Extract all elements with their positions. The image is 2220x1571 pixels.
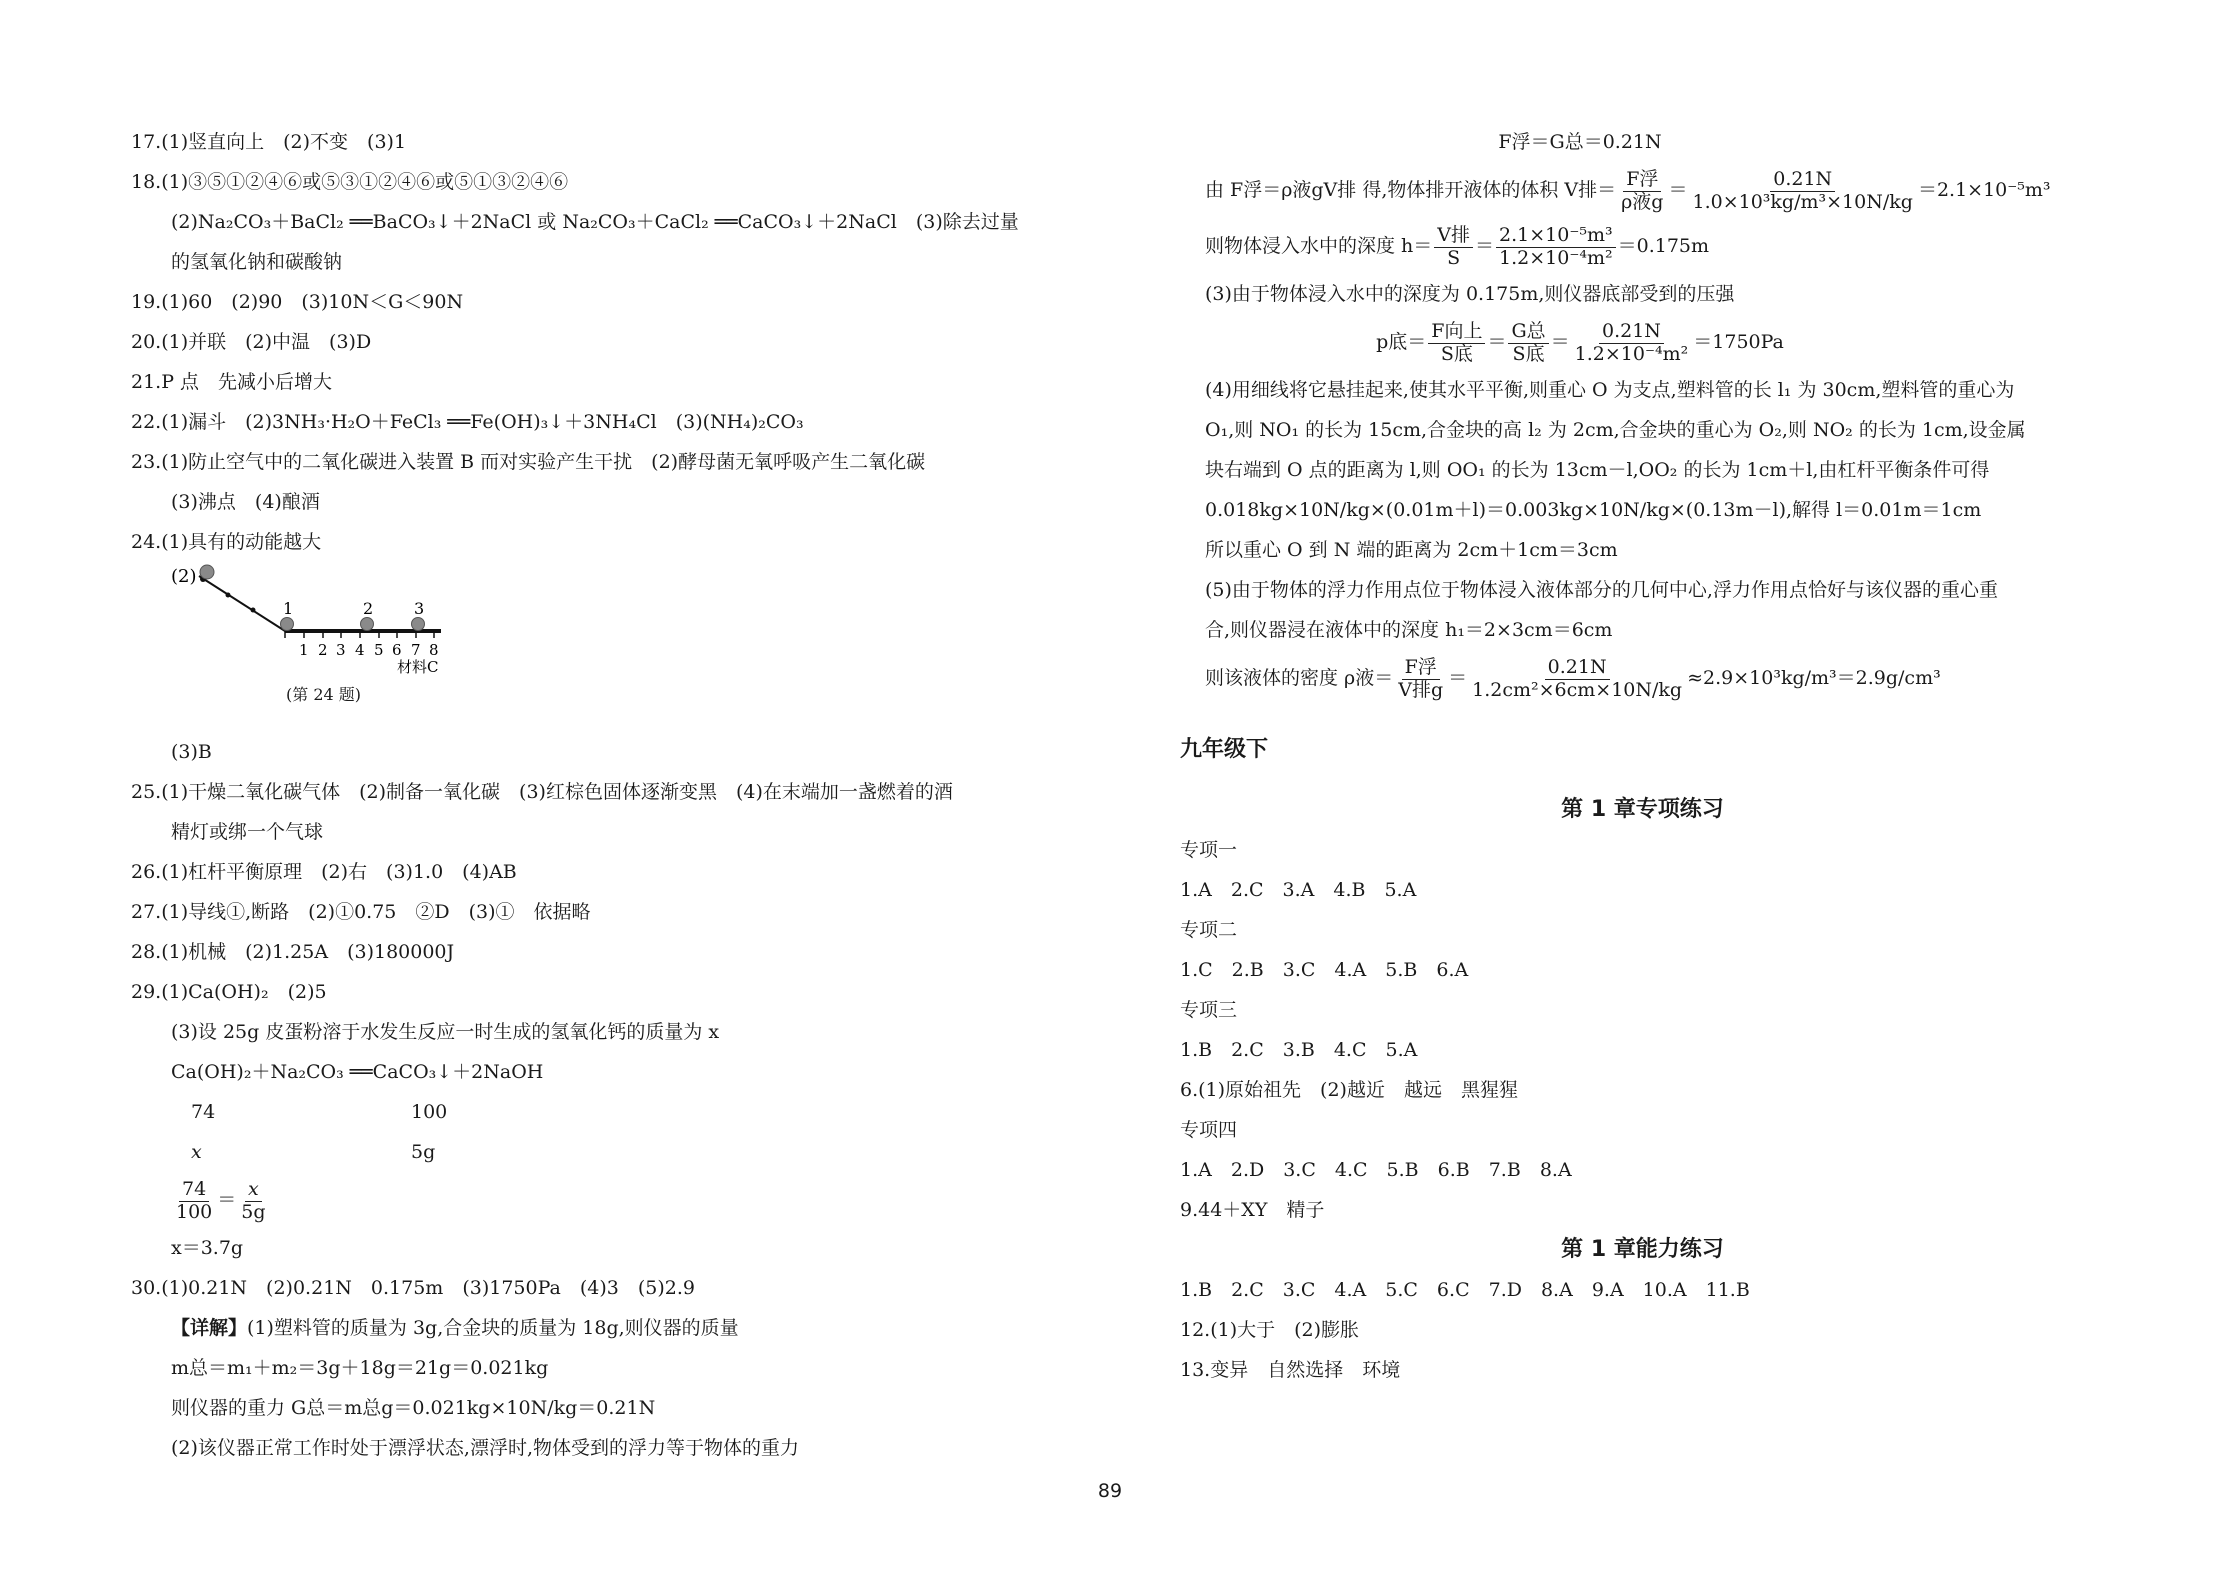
answer-q20: 20.(1)并联 (2)中温 (3)D	[131, 322, 1091, 362]
mass-caco3: 5g	[411, 1141, 435, 1163]
answer-q21: 21.P 点 先减小后增大	[131, 362, 1091, 402]
svg-text:5: 5	[374, 641, 384, 659]
q24-figure: (2) 1	[131, 562, 1091, 732]
molar-mass-caco3: 100	[411, 1101, 447, 1123]
section-4-q9: 9.44＋XY 精子	[1180, 1190, 2105, 1230]
svg-text:1: 1	[283, 599, 293, 618]
answer-q22: 22.(1)漏斗 (2)3NH₃·H₂O＋FeCl₃ ══Fe(OH)₃↓＋3N…	[131, 402, 1091, 442]
answer-q29-result: x＝3.7g	[131, 1228, 1091, 1268]
q30-part5-line2: 合,则仪器浸在液体中的深度 h₁＝2×3cm＝6cm	[1205, 610, 2105, 650]
section-title-3: 专项三	[1180, 990, 2105, 1030]
svg-text:3: 3	[414, 599, 424, 618]
svg-text:1: 1	[299, 641, 309, 659]
answer-q17: 17.(1)竖直向上 (2)不变 (3)1	[131, 122, 1091, 162]
answer-q25-part2: 精灯或绑一个气球	[131, 812, 1091, 852]
ball-start	[200, 565, 214, 579]
detail-tag: 【详解】	[171, 1317, 247, 1339]
ability-q13: 13.变异 自然选择 环境	[1180, 1350, 2105, 1390]
answer-q23-part1: 23.(1)防止空气中的二氧化碳进入装置 B 而对实验产生干扰 (2)酵母菌无氧…	[131, 442, 1091, 482]
q30-part4-line3: 块右端到 O 点的距离为 l,则 OO₁ 的长为 13cm－l,OO₂ 的长为 …	[1205, 450, 2105, 490]
pressure-equation: p底＝F向上S底＝G总S底＝0.21N1.2×10⁻⁴m²＝1750Pa	[1205, 314, 2105, 370]
proportion-equation: 74100＝x5g	[131, 1172, 1091, 1228]
fraction-right: x5g	[238, 1179, 268, 1224]
chapter-heading-ability: 第 1 章能力练习	[1180, 1230, 2105, 1270]
buoyancy-equation: F浮＝G总＝0.21N	[1205, 122, 2105, 162]
section-title-1: 专项一	[1180, 830, 2105, 870]
q30-part3-text: (3)由于物体浸入水中的深度为 0.175m,则仪器底部受到的压强	[1205, 274, 2105, 314]
masses: x5g	[131, 1132, 1091, 1172]
section-answers-3: 1.B 2.C 3.B 4.C 5.A	[1180, 1030, 2105, 1070]
depth-equation: 则物体浸入水中的深度 h＝V排S＝2.1×10⁻⁵m³1.2×10⁻⁴m²＝0.…	[1205, 218, 2105, 274]
q30-part4-line4: 0.018kg×10N/kg×(0.01m＋l)＝0.003kg×10N/kg×…	[1205, 490, 2105, 530]
svg-text:2: 2	[363, 599, 373, 618]
molar-masses: 74100	[131, 1092, 1091, 1132]
answer-q24-part1: 24.(1)具有的动能越大	[131, 522, 1091, 562]
q30-detail-4: (2)该仪器正常工作时处于漂浮状态,漂浮时,物体受到的浮力等于物体的重力	[131, 1428, 1091, 1468]
q30-detail-3: 则仪器的重力 G总＝m总g＝0.021kg×10N/kg＝0.21N	[131, 1388, 1091, 1428]
right-column: F浮＝G总＝0.21N 由 F浮＝ρ液gV排 得,物体排开液体的体积 V排＝F浮…	[1205, 122, 2105, 1390]
answer-q18-part1: 18.(1)③⑤①②④⑥或⑤③①②④⑥或⑤①③②④⑥	[131, 162, 1091, 202]
q30-part4-line2: O₁,则 NO₁ 的长为 15cm,合金块的高 l₂ 为 2cm,合金块的重心为…	[1205, 410, 2105, 450]
section-answers-4: 1.A 2.D 3.C 4.C 5.B 6.B 7.B 8.A	[1180, 1150, 2105, 1190]
svg-text:4: 4	[355, 641, 365, 659]
q30-part4-line1: (4)用细线将它悬挂起来,使其水平平衡,则重心 O 为支点,塑料管的长 l₁ 为…	[1205, 370, 2105, 410]
q30-part4-line5: 所以重心 O 到 N 端的距离为 2cm＋1cm＝3cm	[1205, 530, 2105, 570]
svg-text:2: 2	[318, 641, 328, 659]
answer-q25-part1: 25.(1)干燥二氧化碳气体 (2)制备一氧化碳 (3)红棕色固体逐渐变黑 (4…	[131, 772, 1091, 812]
molar-mass-caoh2: 74	[171, 1092, 411, 1132]
displaced-volume-equation: 由 F浮＝ρ液gV排 得,物体排开液体的体积 V排＝F浮ρ液g＝0.21N1.0…	[1205, 162, 2105, 218]
svg-text:6: 6	[392, 641, 402, 659]
ability-answers: 1.B 2.C 3.C 4.A 5.C 6.C 7.D 8.A 9.A 10.A…	[1180, 1270, 2105, 1310]
svg-text:7: 7	[411, 641, 421, 659]
left-column: 17.(1)竖直向上 (2)不变 (3)1 18.(1)③⑤①②④⑥或⑤③①②④…	[131, 122, 1091, 1468]
section-title-4: 专项四	[1180, 1110, 2105, 1150]
section-answers-2: 1.C 2.B 3.C 4.A 5.B 6.A	[1180, 950, 2105, 990]
chemical-equation: Ca(OH)₂＋Na₂CO₃ ══CaCO₃↓＋2NaOH	[131, 1052, 1091, 1092]
q30-detail-2: m总＝m₁＋m₂＝3g＋18g＝21g＝0.021kg	[131, 1348, 1091, 1388]
grade-heading: 九年级下	[1180, 730, 2105, 770]
figure-caption: (第 24 题)	[286, 682, 361, 705]
q30-part5-line1: (5)由于物体的浮力作用点位于物体浸入液体部分的几何中心,浮力作用点恰好与该仪器…	[1205, 570, 2105, 610]
answer-q29-part1: 29.(1)Ca(OH)₂ (2)5	[131, 972, 1091, 1012]
answer-q28: 28.(1)机械 (2)1.25A (3)180000J	[131, 932, 1091, 972]
answer-q23-part2: (3)沸点 (4)酿酒	[131, 482, 1091, 522]
density-equation: 则该液体的密度 ρ液＝F浮V排g＝0.21N1.2cm²×6cm×10N/kg≈…	[1205, 650, 2105, 706]
svg-text:材料C: 材料C	[397, 658, 438, 676]
chapter-heading-special: 第 1 章专项练习	[1180, 790, 2105, 830]
answer-q18-part3: 的氢氧化钠和碳酸钠	[131, 242, 1091, 282]
svg-text:8: 8	[429, 641, 439, 659]
section-answers-1: 1.A 2.C 3.A 4.B 5.A	[1180, 870, 2105, 910]
mass-unknown: x	[171, 1132, 411, 1172]
answer-q30: 30.(1)0.21N (2)0.21N 0.175m (3)1750Pa (4…	[131, 1268, 1091, 1308]
answer-q19: 19.(1)60 (2)90 (3)10N＜G＜90N	[131, 282, 1091, 322]
q30-detail-1: 【详解】(1)塑料管的质量为 3g,合金块的质量为 18g,则仪器的质量	[131, 1308, 1091, 1348]
answer-q18-part2: (2)Na₂CO₃＋BaCl₂ ══BaCO₃↓＋2NaCl 或 Na₂CO₃＋…	[131, 202, 1091, 242]
answer-q29-part2: (3)设 25g 皮蛋粉溶于水发生反应一时生成的氢氧化钙的质量为 x	[131, 1012, 1091, 1052]
answer-q24-part3: (3)B	[131, 732, 1091, 772]
answer-q26: 26.(1)杠杆平衡原理 (2)右 (3)1.0 (4)AB	[131, 852, 1091, 892]
ability-q12: 12.(1)大于 (2)膨胀	[1180, 1310, 2105, 1350]
answer-q27: 27.(1)导线①,断路 (2)①0.75 ②D (3)① 依据略	[131, 892, 1091, 932]
fig-prefix: (2)	[171, 566, 197, 587]
svg-text:3: 3	[336, 641, 346, 659]
page-number: 89	[0, 1480, 2220, 1502]
section-title-2: 专项二	[1180, 910, 2105, 950]
section-3-q6: 6.(1)原始祖先 (2)越近 越远 黑猩猩	[1180, 1070, 2105, 1110]
fraction-left: 74100	[173, 1179, 215, 1224]
